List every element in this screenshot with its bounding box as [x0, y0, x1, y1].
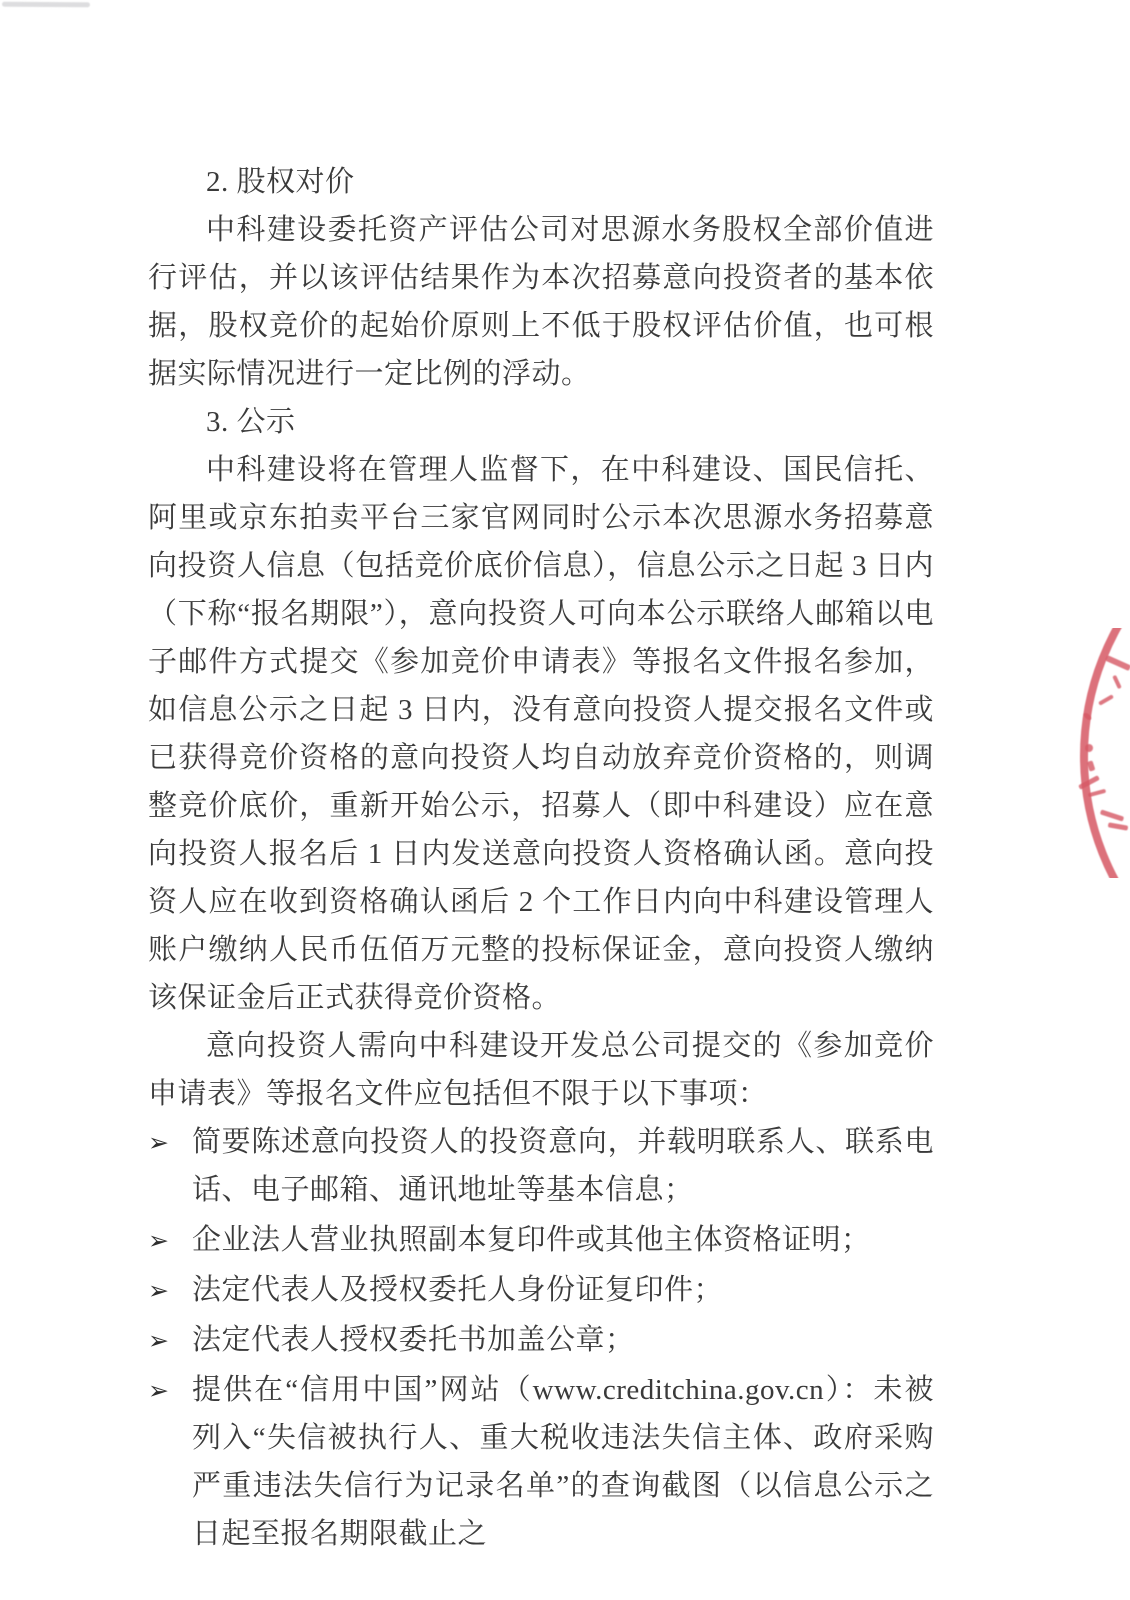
seal-character-fragment	[1078, 775, 1100, 790]
list-item-business-license: ➢ 企业法人营业执照副本复印件或其他主体资格证明；	[148, 1216, 934, 1264]
requirements-list: ➢ 简要陈述意向投资人的投资意向，并载明联系人、联系电话、电子邮箱、通讯地址等基…	[148, 1118, 934, 1558]
seal-character-fragment	[1098, 694, 1114, 705]
seal-character-fragment	[1105, 655, 1130, 671]
arrow-bullet-icon: ➢	[148, 1317, 169, 1365]
paragraph-application-intro: 意向投资人需向中科建设开发总公司提交的《参加竞价申请表》等报名文件应包括但不限于…	[148, 1022, 934, 1118]
seal-stamp	[1058, 628, 1130, 878]
seal-character-fragment	[1112, 675, 1122, 689]
section-heading-notice: 3. 公示	[148, 398, 934, 446]
seal-character-fragment	[1082, 712, 1092, 722]
paragraph-equity-valuation: 中科建设委托资产评估公司对思源水务股权全部价值进行评估，并以该评估结果作为本次招…	[148, 206, 934, 398]
seal-character-fragment	[1084, 743, 1094, 753]
list-item-text: 提供在“信用中国”网站（www.creditchina.gov.cn）：未被列入…	[192, 1374, 934, 1550]
arrow-bullet-icon: ➢	[148, 1217, 169, 1265]
list-item-text: 法定代表人授权委托书加盖公章；	[192, 1324, 635, 1356]
arrow-bullet-icon: ➢	[148, 1119, 169, 1167]
seal-character-fragment	[1108, 822, 1129, 830]
list-item-text: 简要陈述意向投资人的投资意向，并载明联系人、联系电话、电子邮箱、通讯地址等基本信…	[192, 1126, 934, 1206]
seal-character-fragment	[1088, 789, 1106, 798]
seal-character-fragment	[1087, 760, 1096, 771]
list-item-id-copies: ➢ 法定代表人及授权委托人身份证复印件；	[148, 1266, 934, 1314]
scan-artifact-top-left	[2, 2, 90, 8]
document-content: 2. 股权对价 中科建设委托资产评估公司对思源水务股权全部价值进行评估，并以该评…	[148, 158, 934, 1560]
list-item-text: 企业法人营业执照副本复印件或其他主体资格证明；	[192, 1224, 871, 1256]
list-item-creditchina-screenshot: ➢ 提供在“信用中国”网站（www.creditchina.gov.cn）：未被…	[148, 1366, 934, 1558]
seal-ring	[1080, 628, 1130, 878]
arrow-bullet-icon: ➢	[148, 1267, 169, 1315]
list-item-authorization-letter: ➢ 法定代表人授权委托书加盖公章；	[148, 1316, 934, 1364]
list-item-investment-intent: ➢ 简要陈述意向投资人的投资意向，并载明联系人、联系电话、电子邮箱、通讯地址等基…	[148, 1118, 934, 1214]
document-page: 2. 股权对价 中科建设委托资产评估公司对思源水务股权全部价值进行评估，并以该评…	[0, 0, 1130, 1600]
list-item-text: 法定代表人及授权委托人身份证复印件；	[192, 1274, 723, 1306]
section-heading-equity: 2. 股权对价	[148, 158, 934, 206]
paragraph-public-notice: 中科建设将在管理人监督下，在中科建设、国民信托、阿里或京东拍卖平台三家官网同时公…	[148, 446, 934, 1022]
seal-character-fragment	[1100, 809, 1124, 821]
arrow-bullet-icon: ➢	[148, 1367, 169, 1415]
